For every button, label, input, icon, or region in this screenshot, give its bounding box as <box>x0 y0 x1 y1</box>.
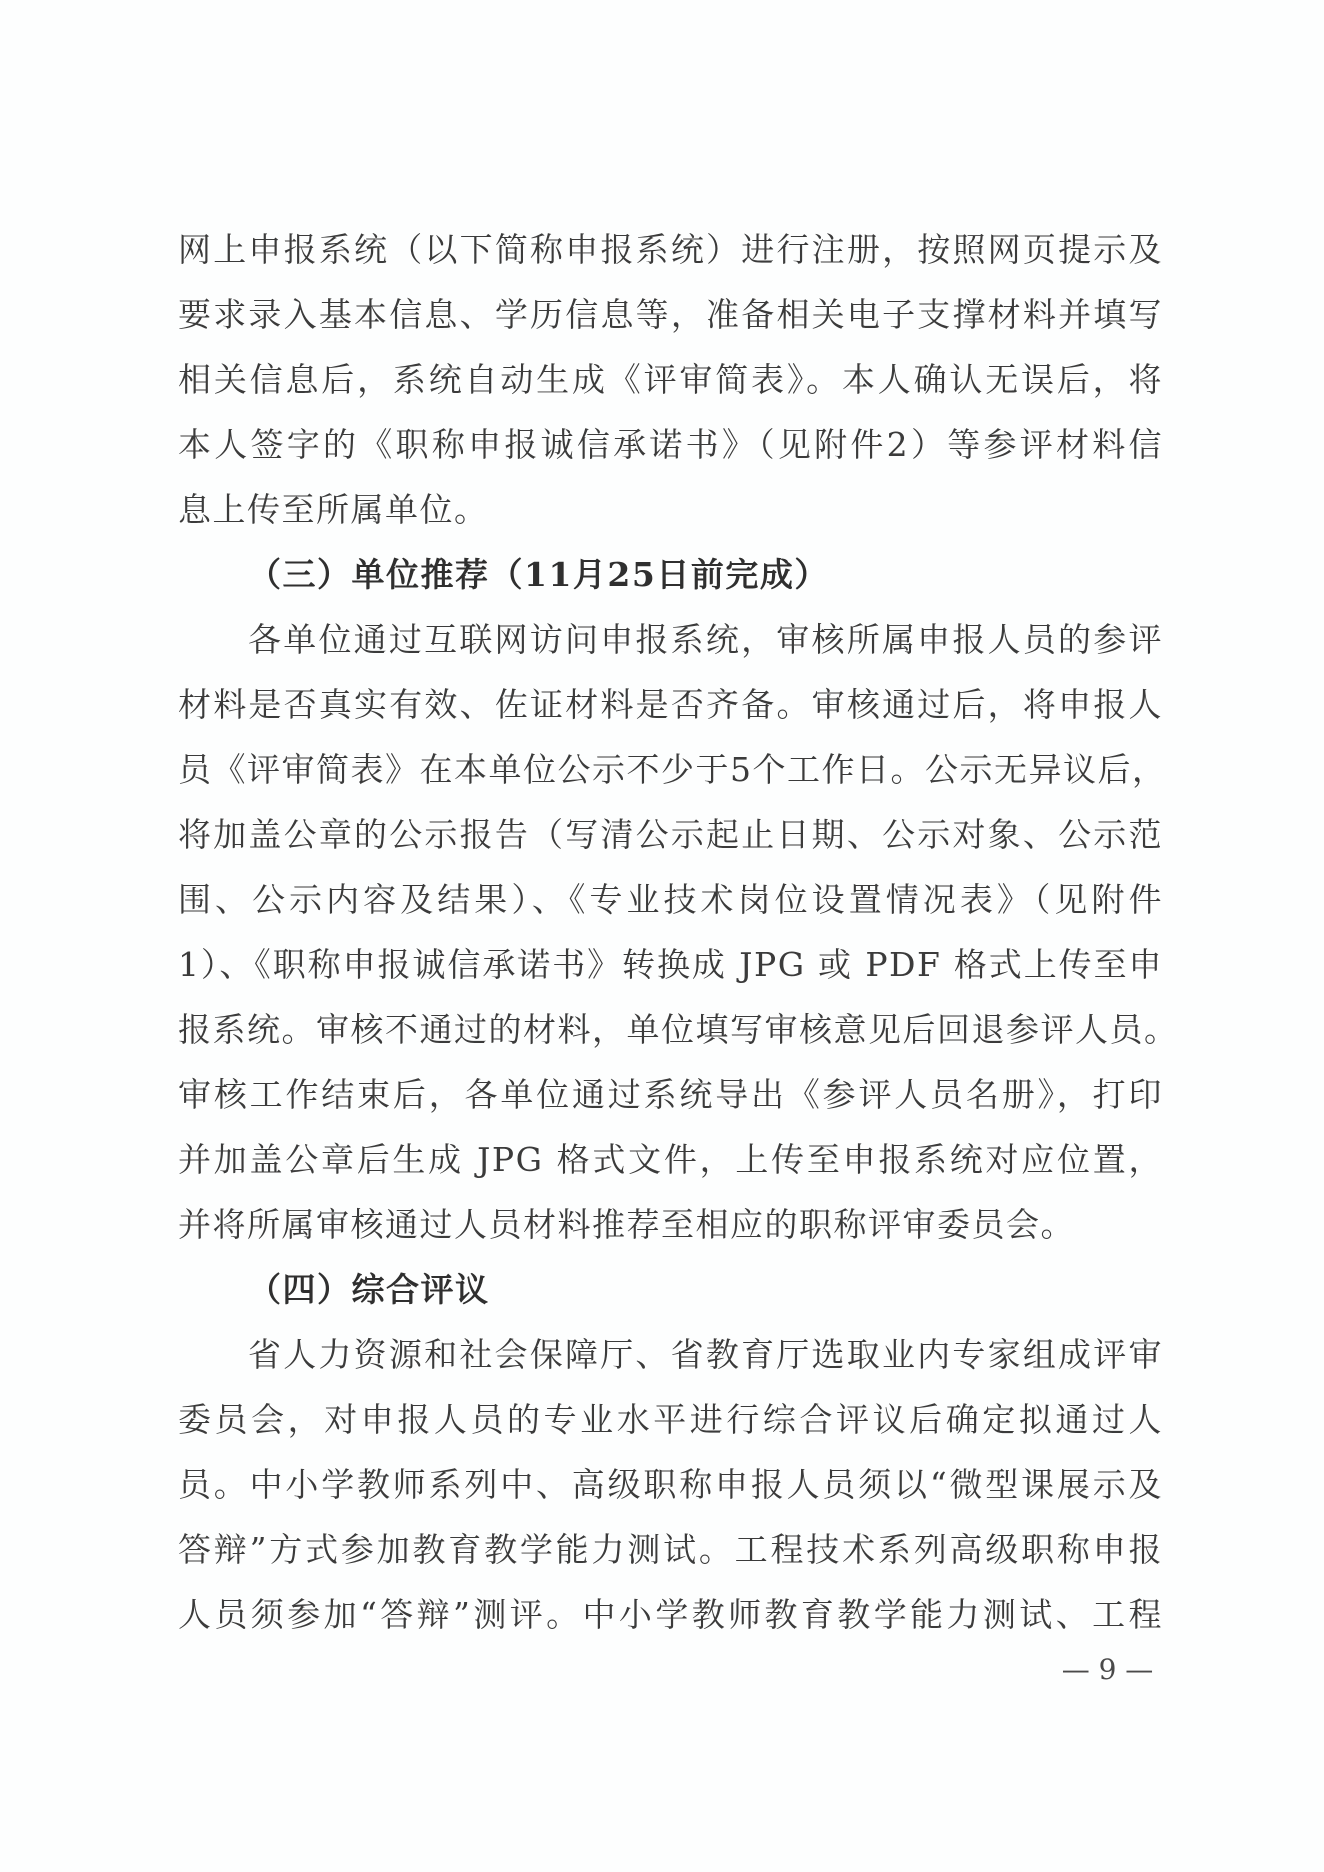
paragraph-line: 网上申报系统（以下简称申报系统）进行注册，按照网页提示及 <box>178 217 1163 282</box>
paragraph-line: 报系统。审核不通过的材料，单位填写审核意见后回退参评人员。 <box>178 997 1163 1062</box>
paragraph-line: 委员会，对申报人员的专业水平进行综合评议后确定拟通过人 <box>178 1387 1163 1452</box>
section-heading-unit-recommendation: （三）单位推荐（11月25日前完成） <box>178 542 1163 607</box>
paragraph-line: 并加盖公章后生成 JPG 格式文件，上传至申报系统对应位置， <box>178 1127 1163 1192</box>
paragraph-line: 省人力资源和社会保障厅、省教育厅选取业内专家组成评审 <box>178 1322 1163 1387</box>
paragraph-line: 人员须参加“答辩”测评。中小学教师教育教学能力测试、工程 <box>178 1582 1163 1647</box>
paragraph-line: 围、公示内容及结果）、《专业技术岗位设置情况表》（见附件 <box>178 867 1163 932</box>
section-heading-comprehensive-review: （四）综合评议 <box>178 1257 1163 1322</box>
paragraph-line: 员。中小学教师系列中、高级职称申报人员须以“微型课展示及 <box>178 1452 1163 1517</box>
page-number: — 9 — <box>1050 1648 1165 1692</box>
paragraph-line: 相关信息后，系统自动生成《评审简表》。本人确认无误后，将 <box>178 347 1163 412</box>
paragraph-line: 材料是否真实有效、佐证材料是否齐备。审核通过后，将申报人 <box>178 672 1163 737</box>
paragraph-line: 并将所属审核通过人员材料推荐至相应的职称评审委员会。 <box>178 1192 1163 1257</box>
paragraph-line: 答辩”方式参加教育教学能力测试。工程技术系列高级职称申报 <box>178 1517 1163 1582</box>
document-body: 网上申报系统（以下简称申报系统）进行注册，按照网页提示及 要求录入基本信息、学历… <box>178 217 1163 1647</box>
paragraph-line: 将加盖公章的公示报告（写清公示起止日期、公示对象、公示范 <box>178 802 1163 867</box>
paragraph-line: 各单位通过互联网访问申报系统，审核所属申报人员的参评 <box>178 607 1163 672</box>
document-page: 网上申报系统（以下简称申报系统）进行注册，按照网页提示及 要求录入基本信息、学历… <box>0 0 1324 1872</box>
paragraph-line: 要求录入基本信息、学历信息等，准备相关电子支撑材料并填写 <box>178 282 1163 347</box>
paragraph-line: 审核工作结束后，各单位通过系统导出《参评人员名册》，打印 <box>178 1062 1163 1127</box>
paragraph-line: 本人签字的《职称申报诚信承诺书》（见附件2）等参评材料信 <box>178 412 1163 477</box>
paragraph-line: 息上传至所属单位。 <box>178 477 1163 542</box>
paragraph-line: 1）、《职称申报诚信承诺书》转换成 JPG 或 PDF 格式上传至申 <box>178 932 1163 997</box>
paragraph-line: 员《评审简表》在本单位公示不少于5个工作日。公示无异议后， <box>178 737 1163 802</box>
